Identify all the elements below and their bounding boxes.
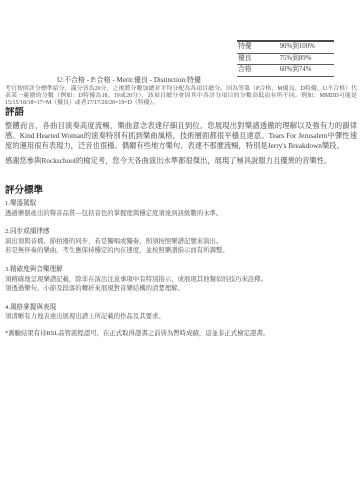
criterion-line: 須精確地呈現樂譜記載，除非在演出注意事項中有特別指示，或展現其他類似的技巧來詮釋… [5,275,357,285]
criteria-section: 評分標準 1.樂器駕馭 透過樂器產出的聲音品質—包括音色的掌握度與穩定度須達到該… [5,185,357,331]
criterion-line: 若是無伴奏的樂曲，考生應保持穩定的內在速度，並按照樂譜指示而有所調整。 [5,246,357,256]
grade-label: 特優 [237,41,279,53]
grade-range: 60%到74% [279,65,334,77]
scoring-explanation: 考官按照評分標準給分，滿分皆為20分，之後將分數加總並平均分配為各項目總分。因為… [5,86,357,108]
comments-section: 評語 整體而言，各曲目演奏高度流暢，樂曲意念表達仔細且到位。您展現出對樂譜透徹的… [5,107,357,171]
comments-paragraph-2: 感謝您參與Rockschool的檢定考，您今天各曲演出水準都很傑出，展現了極具說… [5,156,357,166]
criterion-line: 須透過樂句、小節及段落的轉折來展現對音樂結構的清楚理解。 [5,284,357,294]
grade-row: 特優 90%到100% [237,41,334,53]
comments-heading: 評語 [5,107,357,119]
criterion-item: 1.樂器駕馭 透過樂器產出的聲音品質—包括音色的掌握度與穩定度須達到該級數的水準… [5,199,357,218]
criterion-item: 2.同步或韻律感 演出須與音檔、節拍器的同步，若是獨唱或獨奏，則須按照樂譜記號來… [5,227,357,256]
grade-label: 優良 [237,53,279,65]
criterion-title: 2.同步或韻律感 [5,227,357,237]
criterion-line: 演出須與音檔、節拍器的同步，若是獨唱或獨奏，則須按照樂譜記號來演出。 [5,237,357,247]
comments-paragraph-1: 整體而言，各曲目演奏高度流暢，樂曲意念表達仔細且到位。您展現出對樂譜透徹的理解以… [5,121,357,151]
criteria-heading: 評分標準 [5,185,357,197]
grade-scale-table: 特優 90%到100% 優良 75%到89% 合格 60%到74% [237,40,334,77]
criterion-item: 3.精確度與音樂理解 須精確地呈現樂譜記載，除非在演出注意事項中有特別指示，或展… [5,265,357,294]
criterion-line: 透過樂器產出的聲音品質—包括音色的掌握度與穩定度須達到該級數的水準。 [5,209,357,219]
criterion-title: 4.風格掌握與表現 [5,303,357,313]
grade-range: 90%到100% [279,41,334,53]
criterion-title: 3.精確度與音樂理解 [5,265,357,275]
grade-key-line: U:不合格 - P:合格 - Merit:優良 - Distinction:特優 [57,75,201,85]
criterion-line: 須清晰有力地表達出展現出譜上所記載的作品及其要求。 [5,312,357,322]
criterion-item: 4.風格掌握與表現 須清晰有力地表達出展現出譜上所記載的作品及其要求。 [5,303,357,322]
grade-row: 合格 60%到74% [237,65,334,77]
grade-range: 75%到89% [279,53,334,65]
exam-report-page: 特優 90%到100% 優良 75%到89% 合格 60%到74% U:不合格 … [0,0,361,480]
grade-row: 優良 75%到89% [237,53,334,65]
criterion-title: 1.樂器駕馭 [5,199,357,209]
provisional-result-note: *測驗結果有待RSL品管流程認可，在正式取得證書之前皆為暫時成績，這並非正式檢定… [5,329,357,338]
grade-label: 合格 [237,65,279,77]
